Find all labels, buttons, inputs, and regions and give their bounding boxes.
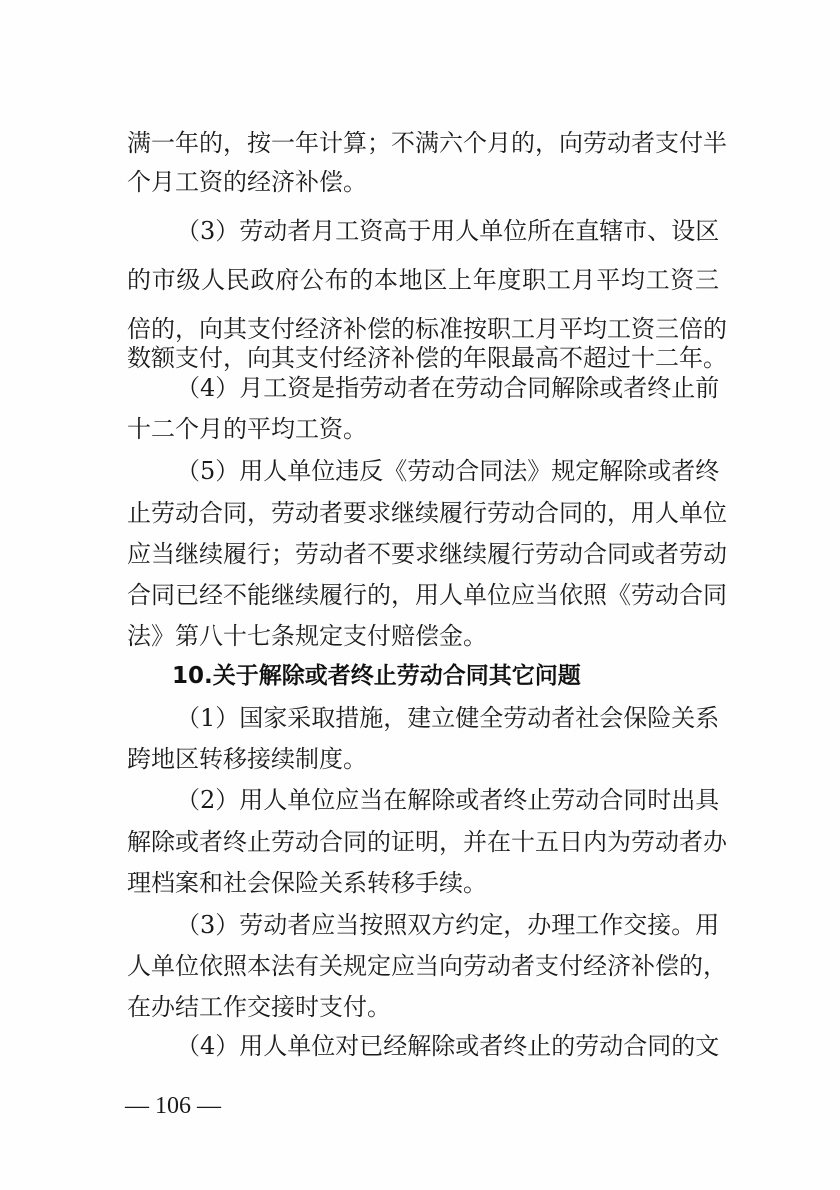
paragraph-5-start: （5）用人单位违反《劳动合同法》规定解除或者终 [176, 455, 719, 487]
text-line: 个月工资的经济补偿。 [127, 166, 719, 198]
text-line: 倍的，向其支付经济补偿的标准按职工月平均工资三倍的 [127, 313, 719, 345]
section-heading: 10.关于解除或者终止劳动合同其它问题 [172, 660, 592, 692]
text-line: 法》第八十七条规定支付赔偿金。 [127, 620, 719, 652]
paragraph-2-start: （2）用人单位应当在解除或者终止劳动合同时出具 [176, 784, 719, 816]
paragraph-4b-start: （4）用人单位对已经解除或者终止的劳动合同的文 [176, 1030, 719, 1062]
paragraph-3-start: （3）劳动者月工资高于用人单位所在直辖市、设区 [176, 215, 719, 247]
paragraph-4-start: （4）月工资是指劳动者在劳动合同解除或者终止前 [176, 372, 719, 404]
text-line: 数额支付，向其支付经济补偿的年限最高不超过十二年。 [127, 342, 719, 374]
paragraph-1-start: （1）国家采取措施，建立健全劳动者社会保险关系 [176, 702, 719, 734]
paragraph-3b-start: （3）劳动者应当按照双方约定，办理工作交接。用 [176, 909, 719, 941]
text-line: 合同已经不能继续履行的，用人单位应当依照《劳动合同 [127, 579, 719, 611]
text-line: 在办结工作交接时支付。 [127, 991, 719, 1023]
text-line: 跨地区转移接续制度。 [127, 743, 719, 775]
text-line: 止劳动合同，劳动者要求继续履行劳动合同的，用人单位 [127, 497, 719, 529]
text-line: 满一年的，按一年计算；不满六个月的，向劳动者支付半 [127, 127, 719, 159]
text-line: 应当继续履行；劳动者不要求继续履行劳动合同或者劳动 [127, 538, 719, 570]
document-page: 满一年的，按一年计算；不满六个月的，向劳动者支付半 个月工资的经济补偿。 （3）… [0, 0, 840, 1190]
text-line: 解除或者终止劳动合同的证明，并在十五日内为劳动者办 [127, 826, 719, 858]
text-line: 的市级人民政府公布的本地区上年度职工月平均工资三 [127, 264, 719, 296]
page-number: — 106 — [125, 1093, 221, 1120]
text-line: 人单位依照本法有关规定应当向劳动者支付经济补偿的， [127, 950, 719, 982]
text-line: 十二个月的平均工资。 [127, 413, 719, 445]
text-line: 理档案和社会保险关系转移手续。 [127, 867, 719, 899]
